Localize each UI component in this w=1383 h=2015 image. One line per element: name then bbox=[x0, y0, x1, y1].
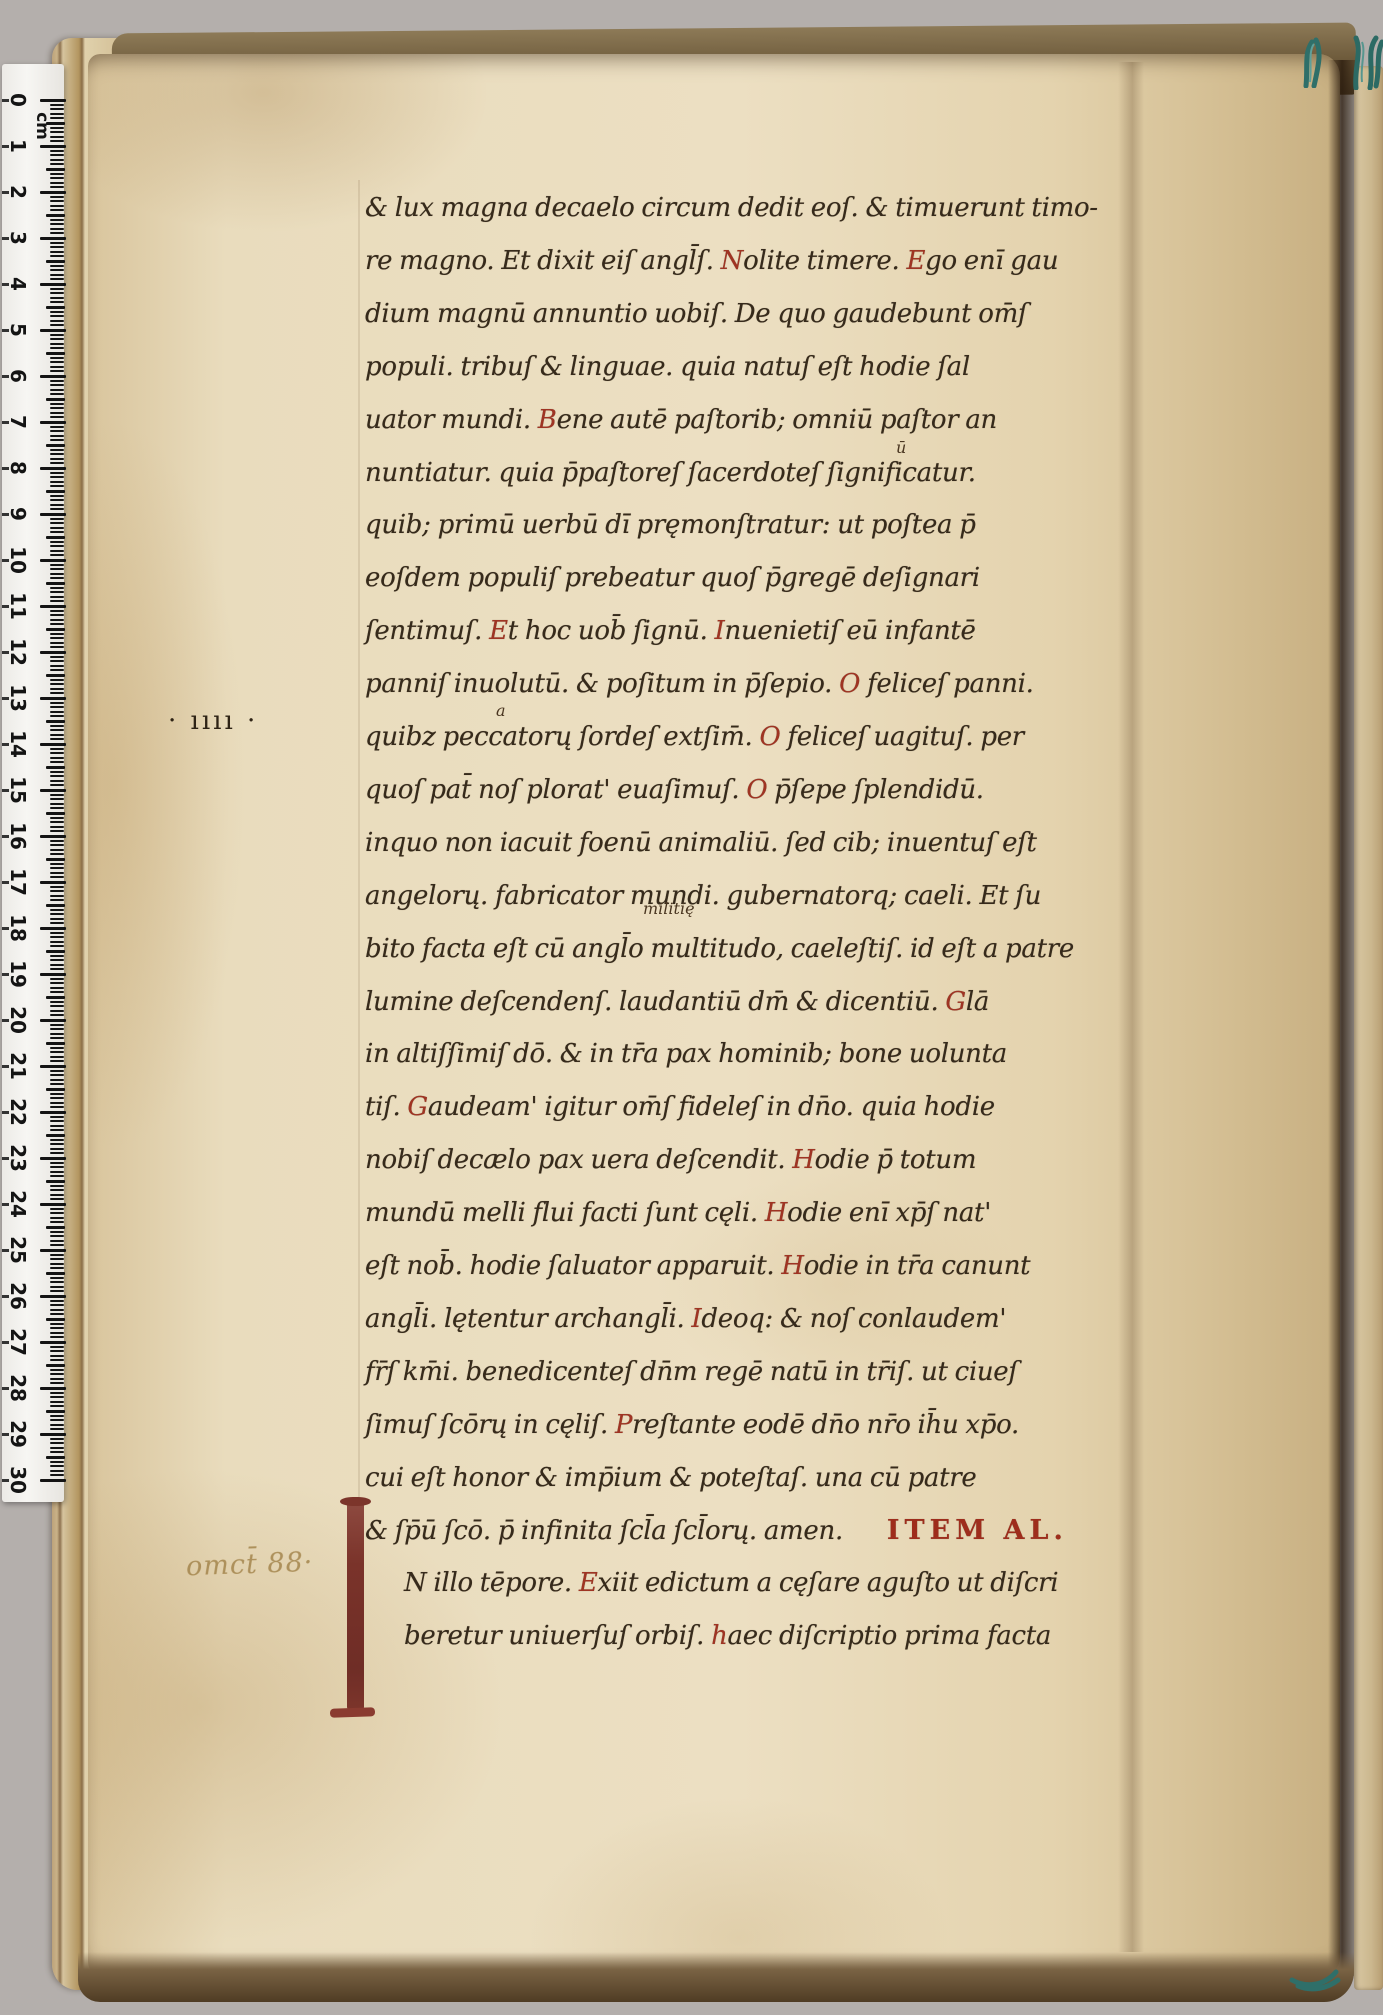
ink-text: ſentimuſ. bbox=[365, 616, 489, 646]
rubricated-text: E bbox=[489, 616, 508, 646]
rubricated-text: E bbox=[906, 246, 925, 276]
ruler-mm-tick bbox=[50, 131, 64, 133]
text-line: & ſp̄ū ſcō. p̄ infinita ſcl̄a ſcl̄orų. a… bbox=[365, 1511, 1068, 1551]
rubricated-text: B bbox=[538, 405, 557, 435]
ruler-cm-tick bbox=[40, 99, 66, 102]
binding-gutter bbox=[1328, 60, 1356, 1976]
ink-text: ene autē paſtorib; omniū paſtor an bbox=[557, 405, 997, 435]
rubricated-text: h bbox=[711, 1621, 727, 1651]
ruler-mm-tick bbox=[50, 159, 64, 161]
endband-thread-icon bbox=[1298, 36, 1332, 88]
ink-text: feliceſ panni. bbox=[860, 669, 1033, 699]
drop-cap-letter: I bbox=[347, 1502, 418, 1682]
ink-text: in altiſſimiſ dō. & in tr̄a pax hominib;… bbox=[365, 1039, 1007, 1069]
ruler-mm-tick bbox=[50, 108, 64, 110]
rubricated-text: H bbox=[781, 1251, 803, 1281]
ruler-cm-tick bbox=[40, 145, 66, 148]
text-line: angelorų. fabricator mundi. gubernatorq;… bbox=[365, 876, 1041, 916]
ink-text: aec diſcriptio prima facta bbox=[728, 1621, 1052, 1651]
ink-text: deoq: & noſ conlaudem' bbox=[701, 1304, 1006, 1334]
ink-text: panniſ inuolutū. & poſitum in p̄ſepio. bbox=[365, 669, 839, 699]
rubricated-text: H bbox=[792, 1145, 814, 1175]
text-line: in altiſſimiſ dō. & in tr̄a pax hominib;… bbox=[365, 1034, 1007, 1074]
rubricated-text: O bbox=[759, 722, 780, 752]
ink-text: nobiſ decælo pax uera deſcendit. bbox=[365, 1145, 792, 1175]
text-line: nuntiatur. quia p̄paſtoreſ ſacerdoteſ ſi… bbox=[365, 453, 976, 493]
text-line: populi. tribuſ & linguae. quia natuſ eſt… bbox=[365, 347, 970, 387]
facing-page-edge bbox=[1354, 66, 1383, 1990]
ink-text: go enī gau bbox=[925, 246, 1058, 276]
ink-text: feliceſ uagituſ. per bbox=[780, 722, 1023, 752]
ink-text: t hoc uob̄ ſignū. bbox=[508, 616, 715, 646]
ink-text: angelorų. fabricator mundi. gubernatorq;… bbox=[365, 881, 1041, 911]
ink-text: lumine deſcendenſ. laudantiū dm̄ & dicen… bbox=[365, 987, 945, 1017]
rubricated-text: I bbox=[715, 616, 725, 646]
rubricated-text: ITEM AL. bbox=[887, 1515, 1068, 1546]
text-line: nobiſ decælo pax uera deſcendit. Hodie p… bbox=[365, 1140, 976, 1180]
rubricated-text: N bbox=[721, 246, 743, 276]
interlinear-gloss: militię bbox=[643, 899, 695, 918]
ruler-mm-tick bbox=[50, 136, 64, 138]
interlinear-gloss: ū bbox=[896, 438, 906, 457]
text-line: dium magnū annuntio uobiſ. De quo gaudeb… bbox=[365, 294, 1027, 334]
ruler-number: 1 bbox=[8, 132, 30, 160]
ink-text: ſimuſ ſcōrų in cęliſ. bbox=[365, 1410, 615, 1440]
rubricated-text: I bbox=[691, 1304, 701, 1334]
text-line: quoſ pat̄ noſ plorat' euaſimuſ. O p̄ſepe… bbox=[365, 770, 984, 810]
text-line: mundū melli flui facti ſunt cęli. Hodie … bbox=[365, 1193, 991, 1233]
ruler-number: 0 bbox=[8, 86, 30, 114]
ink-text: tiſ. bbox=[365, 1092, 407, 1122]
ink-text: re magno. Et dixit eiſ angl̄ſ. bbox=[365, 246, 721, 276]
ink-text: angl̄i. lętentur archangl̄i. bbox=[365, 1304, 691, 1334]
text-line: quibz peccatorų ſordeſ extſim̄. O felice… bbox=[365, 717, 1024, 757]
text-line: eoſdem populiſ prebeatur quoſ p̄gregē de… bbox=[365, 558, 980, 598]
interlinear-gloss: a bbox=[496, 701, 506, 720]
ink-text: odie enī xp̄ſ nat' bbox=[787, 1198, 991, 1228]
ink-text: quoſ pat̄ noſ plorat' euaſimuſ. bbox=[365, 775, 746, 805]
manuscript-photo: 0123456789101112131415161718192021222324… bbox=[0, 0, 1383, 2015]
drop-cap-initial-I: I bbox=[347, 1502, 364, 1710]
ink-text: bito facta eſt cū angl̄o multitudo, cael… bbox=[365, 934, 1074, 964]
ink-text: quibz peccatorų ſordeſ extſim̄. bbox=[365, 722, 759, 752]
ink-text: p̄ſepe ſplendidū. bbox=[767, 775, 983, 805]
ruler-mm-tick bbox=[50, 150, 64, 152]
ink-text: odie p̄ totum bbox=[815, 1145, 977, 1175]
text-line: quib; primū uerbū dī pręmonſtratur: ut p… bbox=[365, 505, 976, 545]
text-block: & lux magna decaelo circum dedit eoſ. & … bbox=[0, 188, 1100, 1688]
text-line: inquo non iacuit foenū animaliū. ſed cib… bbox=[365, 823, 1037, 863]
ink-text: xiit edictum a cęſare aguſto ut diſcri bbox=[598, 1568, 1059, 1598]
ink-text: inquo non iacuit foenū animaliū. ſed cib… bbox=[365, 828, 1037, 858]
rubricated-text: G bbox=[407, 1092, 427, 1122]
text-line: bito facta eſt cū angl̄o multitudo, cael… bbox=[365, 929, 1074, 969]
ink-text: populi. tribuſ & linguae. quia natuſ eſt… bbox=[365, 352, 970, 382]
text-line: uator mundi. Bene autē paſtorib; omniū p… bbox=[365, 400, 997, 440]
ink-text: nuenietiſ eū infantē bbox=[725, 616, 976, 646]
ink-text: olite timere. bbox=[743, 246, 906, 276]
ink-text: odie in tr̄a canunt bbox=[804, 1251, 1031, 1281]
endband-thread-icon bbox=[1346, 32, 1383, 90]
rubricated-text: O bbox=[746, 775, 767, 805]
text-line: & lux magna decaelo circum dedit eoſ. & … bbox=[365, 188, 1098, 228]
ink-text: fr̄ſ km̄i. benedicenteſ dn̄m regē natū i… bbox=[365, 1357, 1018, 1387]
text-line: ſimuſ ſcōrų in cęliſ. Preſtante eodē dn̄… bbox=[365, 1405, 1019, 1445]
ruler-mm-tick bbox=[50, 113, 64, 115]
text-line: angl̄i. lętentur archangl̄i. Ideoq: & no… bbox=[365, 1299, 1006, 1339]
ruler-mm-tick bbox=[50, 104, 64, 106]
ink-text: reſtante eodē dn̄o nr̄o ih̄u xp̄o. bbox=[632, 1410, 1019, 1440]
ink-text: eoſdem populiſ prebeatur quoſ p̄gregē de… bbox=[365, 563, 980, 593]
text-line: fr̄ſ km̄i. benedicenteſ dn̄m regē natū i… bbox=[365, 1352, 1018, 1392]
ink-text: uator mundi. bbox=[365, 405, 538, 435]
text-line: eſt nob̄. hodie ſaluator apparuit. Hodie… bbox=[365, 1246, 1030, 1286]
rubricated-text: O bbox=[839, 669, 860, 699]
ink-text: quib; primū uerbū dī pręmonſtratur: ut p… bbox=[365, 510, 976, 540]
ruler-mm-tick bbox=[50, 140, 64, 142]
rubricated-text: E bbox=[579, 1568, 598, 1598]
ink-text: dium magnū annuntio uobiſ. De quo gaudeb… bbox=[365, 299, 1027, 329]
ink-text: mundū melli flui facti ſunt cęli. bbox=[365, 1198, 765, 1228]
ruler-mm-tick bbox=[50, 163, 64, 165]
text-line: re magno. Et dixit eiſ angl̄ſ. Nolite ti… bbox=[365, 241, 1058, 281]
ruler-mm-tick bbox=[50, 173, 64, 175]
text-line: N illo tēpore. Exiit edictum a cęſare ag… bbox=[404, 1563, 1058, 1603]
sewing-thread-icon bbox=[1286, 1936, 1342, 1992]
text-line: lumine deſcendenſ. laudantiū dm̄ & dicen… bbox=[365, 982, 989, 1022]
ruler-mm-tick bbox=[50, 117, 64, 119]
ink-text: N illo tēpore. bbox=[404, 1568, 579, 1598]
rubricated-text: H bbox=[765, 1198, 787, 1228]
text-line: beretur uniuerſuſ orbiſ. haec diſcriptio… bbox=[404, 1616, 1051, 1656]
text-line: cui eſt honor & imp̄ium & poteſtaſ. una … bbox=[365, 1458, 977, 1498]
ink-text: lā bbox=[966, 987, 989, 1017]
ink-text: eſt nob̄. hodie ſaluator apparuit. bbox=[365, 1251, 781, 1281]
ruler-mm-tick bbox=[46, 168, 65, 171]
text-line: ſentimuſ. Et hoc uob̄ ſignū. Inuenietiſ … bbox=[365, 611, 976, 651]
page-bottom-edge bbox=[78, 1952, 1354, 2002]
ruler-mm-tick bbox=[50, 154, 64, 156]
ink-text: audeam' igitur om̄ſ fideleſ in dn̄o. qui… bbox=[428, 1092, 995, 1122]
ruler-mm-tick bbox=[50, 182, 64, 184]
rubricated-text: P bbox=[615, 1410, 632, 1440]
ruler-unit-label: cm bbox=[32, 112, 52, 140]
page-crease bbox=[1118, 62, 1144, 1952]
ink-text: nuntiatur. quia p̄paſtoreſ ſacerdoteſ ſi… bbox=[365, 458, 976, 488]
ink-text: cui eſt honor & imp̄ium & poteſtaſ. una … bbox=[365, 1463, 977, 1493]
text-line: tiſ. Gaudeam' igitur om̄ſ fideleſ in dn̄… bbox=[365, 1087, 995, 1127]
rubricated-text: G bbox=[945, 987, 965, 1017]
ruler-mm-tick bbox=[50, 177, 64, 179]
ink-text: beretur uniuerſuſ orbiſ. bbox=[404, 1621, 711, 1651]
text-line: panniſ inuolutū. & poſitum in p̄ſepio. O… bbox=[365, 664, 1034, 704]
ink-text: & ſp̄ū ſcō. p̄ infinita ſcl̄a ſcl̄orų. a… bbox=[365, 1516, 843, 1546]
ruler-mm-tick bbox=[50, 127, 64, 129]
ink-text: & lux magna decaelo circum dedit eoſ. & … bbox=[365, 193, 1098, 223]
